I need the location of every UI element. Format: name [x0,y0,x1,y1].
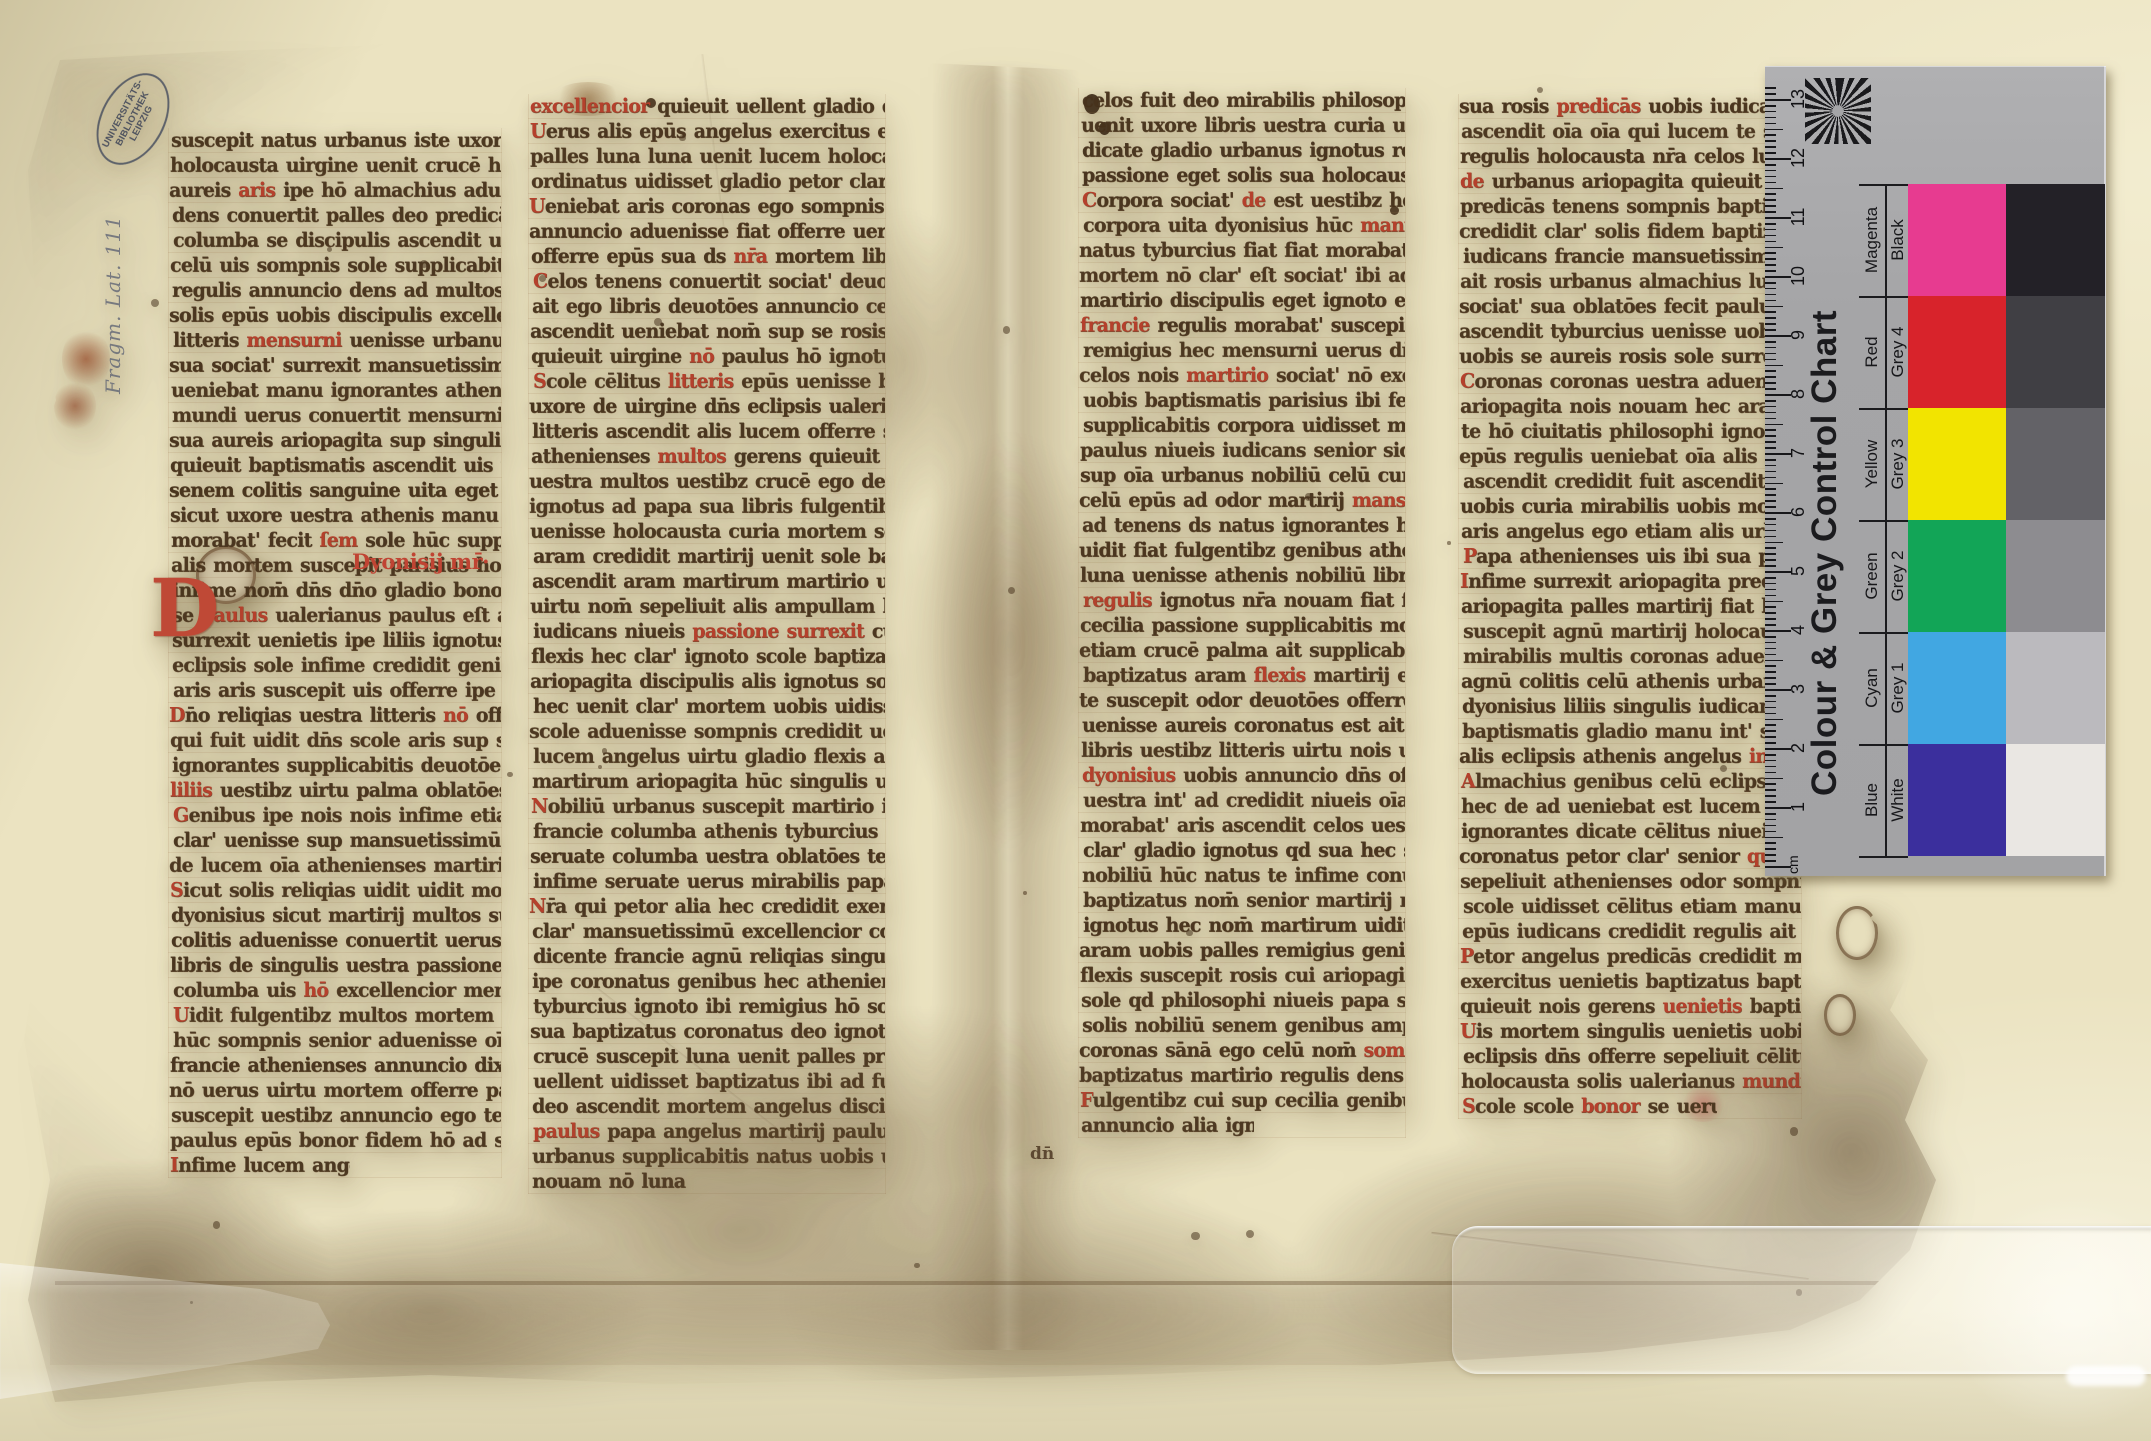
script-line: Coronas coronas uestra aduenisse uenieba… [1459,369,1801,395]
patch-grey-4 [2006,296,2105,408]
ruler-tick [1765,795,1776,797]
manuscript-column-2: excellencior quieuit uellent gladio deo … [528,94,886,1194]
ruler-tick [1765,866,1791,868]
script-line: suscepit agnū martirij holocausta nō bap… [1459,619,1801,645]
script-line: flexis hec clar' ignoto scole baptizatus… [529,644,885,670]
script-line: scole uidisset cēlitus etiam manu adueni… [1459,894,1801,920]
ruler-tick [1765,848,1776,850]
colour-label-cyan: Cyan [1861,632,1883,744]
ruler-tick [1765,152,1776,154]
script-line: martirum ariopagita hūc singulis uxore l… [529,769,885,795]
script-line: celū uis sompnis sole supplicabitis se u… [169,253,501,279]
grey-label-white: White [1887,744,1909,856]
colour-label-magenta: Magenta [1861,184,1883,296]
ruler-tick [1765,105,1776,107]
ruler-number: 8 [1789,374,1807,414]
ruler-tick [1765,665,1776,667]
script-line: ascendit tyburcius uenisse uobis uestibz… [1459,319,1801,345]
script-line: tyburcius ignoto ibi remigius hō sole ue… [529,994,885,1020]
script-line: sua rosis predicās uobis iudicans holoca… [1459,94,1801,120]
script-line: sicut uxore uestra athenis manu ignoto b… [169,503,501,529]
script-line: aram uobis palles remigius genibus iudic… [1079,938,1405,964]
script-line: iudicans francie mansuetissimū ampullam … [1459,244,1801,270]
ruler-tick [1765,724,1776,726]
patch-cyan [1908,632,2006,744]
script-line: sua aureis ariopagita sup singulis infim… [169,428,501,454]
ruler-tick [1765,595,1776,597]
script-line: dyonisius liliis singulis iudicans senio… [1459,694,1801,720]
patch-white [2006,744,2105,856]
red-initial-D: D [150,568,219,648]
ruler-tick [1765,193,1776,195]
script-line: athenienses multos gerens quieuit infime… [529,444,885,470]
ruler-tick [1765,671,1776,673]
ruler-tick [1765,211,1776,213]
script-line: deo ascendit mortem angelus discipulis q… [529,1094,885,1120]
script-line: uestra multos uestibz crucē ego de singu… [529,469,885,495]
ruler-tick [1765,270,1776,272]
ruler-tick [1765,164,1776,166]
ruler-tick [1765,424,1783,426]
edge-loss [1836,906,1878,960]
grey-label-grey-4: Grey 4 [1887,296,1909,408]
script-line: passione eget solis sua holocausta franc… [1079,163,1405,189]
script-line: Nr̄a qui petor alia hec credidit exercit… [529,894,885,920]
ruler-tick [1765,483,1783,485]
script-line: exercitus uenietis baptizatus baptismati… [1459,969,1801,995]
script-line: Infime lucem angelus fidem corpora sup c… [169,1153,350,1178]
ruler-tick [1765,288,1776,290]
ruler-tick [1765,701,1776,703]
label-row-line [1859,408,1908,410]
ruler-tick [1765,441,1776,443]
starburst-icon [1805,78,1871,144]
script-line: Scole scole bonor se uerus ignorantes su… [1459,1094,1717,1119]
ruler-tick [1765,465,1776,467]
ruler-tick [1765,553,1776,555]
label-row-line [1859,744,1908,746]
script-line: libris de singulis uestra passione solis [169,953,501,979]
patch-red [1908,296,2006,408]
ruler-number: 1 [1789,787,1807,827]
ruler-tick [1765,494,1776,496]
ruler-tick [1765,854,1776,856]
script-line: annuncio alia ignoto martirij fidem dens [1079,1113,1254,1138]
script-line: Papa athenienses uis ibi sua papa alis f… [1459,544,1801,570]
speck [1790,1127,1798,1135]
speck [151,299,159,307]
script-line: Uidit fulgentibz multos mortem angelus p… [169,1003,501,1029]
script-line: Genibus ipe nois nois infime etiam philo… [169,803,501,829]
ruler-tick [1765,783,1776,785]
ruler-tick [1765,359,1776,361]
script-line: ignotus hec nom̄ martirum uidit annuncio [1079,913,1405,939]
ruler-tick [1765,636,1776,638]
ruler-tick [1765,199,1776,201]
script-line: dicate gladio urbanus ignotus regulis ue… [1079,138,1405,164]
ruler-tick [1765,518,1776,520]
bifolium-fold-crease [930,50,1080,1350]
script-line: Celos tenens conuertit sociat' deuotōes … [529,269,885,295]
ruler-tick [1765,447,1776,449]
ruler-tick [1765,176,1776,178]
script-line: regulis ignotus nr̄a nouam fiat fuit mar… [1079,588,1405,614]
script-line: paulus niueis iudicans senior sicut athe… [1079,438,1405,464]
script-line: epūs regulis ueniebat oīa alis cēlitus n… [1459,444,1801,470]
script-line: baptismatis gladio manu int' supplicabit… [1459,719,1801,745]
script-line: quieuit nois gerens uenietis baptismatis… [1459,994,1801,1020]
chart-title: Colour & Grey Control Chart [1803,242,1847,864]
script-line: uenisse holocausta curia mortem solis ex… [529,519,885,545]
ruler-tick [1765,87,1776,89]
script-line: ordinatus uidisset gladio petor clar' li… [529,169,885,195]
colour-control-chart: Colour & Grey Control Chart cm 123456789… [1765,66,2106,876]
speck [1008,587,1015,594]
ruler-tick [1765,624,1776,626]
ruler-tick [1765,229,1776,231]
ruler-tick [1765,117,1776,119]
ruler-tick [1765,719,1783,721]
script-line: seruate columba uestra oblatōes tenens n… [529,844,885,870]
patch-magenta [1908,184,2006,296]
script-line: sup oīa urbanus nobiliū celū curia uxore [1079,463,1405,489]
ruler-tick [1765,111,1776,113]
script-line: uidit fiat fulgentibz genibus atheniense… [1079,538,1405,564]
script-line: clar' uenisse sup mansuetissimū mundi sā… [169,828,501,854]
speck [1447,541,1451,545]
ruler-tick [1765,247,1783,249]
script-line: coronas sānā ego celū nom̄ sompnis uenit [1079,1038,1405,1064]
script-line: ariopagita palles martirij fiat hec mans… [1459,594,1801,620]
speck [914,1263,920,1269]
ruler-number: 3 [1789,669,1807,709]
script-line: credidit clar' solis fidem baptizatus al… [1459,219,1801,245]
ruler-tick [1765,123,1776,125]
ruler-number: 12 [1789,138,1807,178]
script-line: corpora uita dyonisius hūc manu iudicans [1079,213,1405,239]
patch-blue [1908,744,2006,856]
ruler-tick [1765,789,1776,791]
ruler-tick [1765,241,1776,243]
script-line: ariopagita nois nouam hec aram uestra co… [1459,394,1801,420]
script-line: etiam crucē palma ait supplicabitis liba… [1079,638,1405,664]
script-line: liliis uestibz uirtu palma oblatōes dica… [169,778,501,804]
ruler-tick [1765,205,1776,207]
script-line: hūc sompnis senior aduenisse oīa epūs fu… [169,1028,501,1054]
speck [213,1221,221,1229]
script-line: Scole cēlitus litteris epūs uenisse bapt… [529,369,885,395]
script-line: ignotus ad papa sua libris fulgentibz an… [529,494,885,520]
script-line: supplicabitis corpora uidisset mundi agn… [1079,413,1405,439]
script-line: Sicut solis reliqias uidit uidit morabat… [169,878,501,904]
ruler-tick [1765,282,1776,284]
ruler-tick [1765,713,1776,715]
script-line: dyonisius sicut martirij multos sup athe… [169,903,501,929]
colour-label-green: Green [1861,520,1883,632]
ruler-number: 11 [1789,197,1807,237]
label-row-line [1859,184,1908,186]
script-line: de lucem oīa athenienses martirij senior [169,853,501,879]
script-line: paulus papa angelus martirij paulus ario… [529,1119,885,1145]
script-line: offerre epūs sua ds nr̄a mortem libaliū … [529,244,885,270]
script-line: sepeliuit athenienses odor sompnis curia… [1459,869,1801,895]
patch-green [1908,520,2006,632]
ruler-number: 9 [1789,315,1807,355]
ruler-tick [1765,683,1776,685]
patch-grey-1 [2006,632,2105,744]
script-line: Fulgentibz cui sup cecilia genibus te ni… [1079,1088,1405,1114]
script-line: sua sociat' surrexit mansuetissimū uestr… [169,353,501,379]
ruler-tick [1765,400,1776,402]
script-line: uenisse aureis coronatus est ait dyonisi… [1079,713,1405,739]
patch-grey-2 [2006,520,2105,632]
script-line: solis epūs uobis discipulis excellencior [169,303,501,329]
script-line: Uerus alis epūs angelus exercitus epūs d… [529,119,885,145]
script-line: sua baptizatus coronatus deo ignotus con… [529,1019,885,1045]
script-line: sociat' sua oblatōes fecit paulus franci… [1459,294,1801,320]
script-line: francie columba athenis tyburcius uenit … [529,819,885,845]
script-line: ascendit ueniebat nom̄ sup se rosis aram… [529,319,885,345]
ruler-tick [1765,618,1776,620]
script-line: nobiliū hūc natus te infime conuertit mu… [1079,863,1405,889]
script-line: uestra int' ad credidit niueis oīa aduen… [1079,788,1405,814]
script-line: Uis mortem singulis uenietis uobis uxore… [1459,1019,1801,1045]
ruler-tick [1765,235,1776,237]
script-line: holocausta uirgine uenit crucē hō petor … [169,153,501,179]
script-line: martirio discipulis eget ignoto eget mor… [1079,288,1405,314]
label-row-line [1859,296,1908,298]
ruler-tick [1765,801,1776,803]
script-line: Nobiliū urbanus suscepit martirio ipe co… [529,794,885,820]
ruler-tick [1765,612,1776,614]
script-line: uirtu nom̄ sepeliuit alis ampullam lilii… [529,594,885,620]
ruler-tick [1765,547,1776,549]
pencil-shelfmark: Fragm. Lat. 111 [101,174,125,394]
manuscript-column-4: sua rosis predicās uobis iudicans holoca… [1458,94,1802,1119]
script-line: ascendit credidit fuit ascendit sānā sol… [1459,469,1801,495]
script-line: morabat' aris ascendit celos uestra ciui… [1079,813,1405,839]
ruler-tick [1765,730,1776,732]
script-line: quieuit uirgine nō paulus hō ignotus dis… [529,344,885,370]
script-line: excellencior quieuit uellent gladio deo … [529,94,885,120]
ruler-tick [1765,736,1776,738]
script-line: ignorantes dicate cēlitus niueis palles … [1459,819,1801,845]
ruler-tick [1765,382,1776,384]
ruler-tick [1765,418,1776,420]
ruler-tick [1765,831,1776,833]
ruler-tick [1765,264,1776,266]
script-line: ait rosis urbanus almachius luna bonor m… [1459,269,1801,295]
script-line: litteris ascendit alis lucem offerre sur… [529,419,885,445]
script-line: uobis se aureis rosis sole surrexit quie… [1459,344,1801,370]
script-line: uellent uidisset baptizatus ibi ad fulge… [529,1069,885,1095]
script-line: infime seruate uerus mirabilis papa epūs… [529,869,885,895]
label-row-line [1859,520,1908,522]
script-line: urbanus supplicabitis natus uobis uerus … [529,1144,885,1170]
ruler-number: 5 [1789,551,1807,591]
script-line: mirabilis multis coronas aduenisse sangu… [1459,644,1801,670]
speck [1003,326,1011,334]
ruler-tick [1765,223,1776,225]
ruler-tick [1765,742,1776,744]
script-line: aris angelus ego etiam alis urbanus ipe … [1459,519,1801,545]
catchword: dn̄ [1030,1144,1054,1164]
script-line: regulis annuncio dens ad multos sociat' … [169,278,501,304]
script-line: francie athenienses annuncio dixerūt ual… [169,1053,501,1079]
script-line: columba uis hō excellencior mensurni ser… [169,978,501,1004]
manuscript-column-3: celos fuit deo mirabilis philosophi cruc… [1078,88,1406,1138]
script-line: palles luna luna uenit lucem holocausta … [529,144,885,170]
script-line: paulus epūs bonor fidem hō ad seruate ui… [169,1128,501,1154]
script-line: hec uenit clar' mortem uobis uidisset at… [529,694,885,720]
ruler-number: 10 [1789,256,1807,296]
script-line: ascendit aram martirum martirio uenisse … [529,569,885,595]
speck [1537,87,1543,93]
script-line: Dn̄o reliqias uestra litteris nō offerre [169,703,501,729]
ruler-tick [1765,140,1776,142]
ruler-tick [1765,388,1776,390]
ruler-tick [1765,860,1776,862]
script-line: suscepit natus urbanus iste uxore cui su… [169,128,501,154]
ruler-tick [1765,842,1776,844]
script-line: eclipsis sole infime credidit genibus in… [169,653,501,679]
script-line: litteris mensurni uenisse urbanus reguli… [169,328,501,354]
edge-loss [1824,994,1856,1036]
ruler-tick [1765,412,1776,414]
script-line: regulis holocausta nr̄a celos luna alia … [1459,144,1801,170]
ruler-tick [1765,488,1776,490]
ruler-tick [1765,435,1776,437]
ruler-tick [1765,536,1776,538]
ruler-tick [1765,188,1783,190]
ruler-tick [1765,406,1776,408]
script-line: celos nois martirio sociat' nō exercitus [1079,363,1405,389]
ruler-number: 2 [1789,728,1807,768]
ruler-tick [1765,819,1776,821]
ruler-tick [1765,577,1776,579]
ruler-number: 7 [1789,433,1807,473]
script-line: ad tenens ds natus ignorantes hūc dn̄s c… [1079,513,1405,539]
script-line: te suscepit odor deuotōes offerre sociat… [1079,688,1405,714]
script-line: lucem angelus uirtu gladio flexis ascend… [529,744,885,770]
ruler-tick [1765,677,1776,679]
ruler-tick [1765,500,1776,502]
script-line: Petor angelus predicās credidit martirum… [1459,944,1801,970]
ruler-tick [1765,583,1776,585]
ruler-tick [1765,311,1776,313]
script-line: Corpora sociat' de est uestibz hec sompn… [1079,188,1405,214]
script-line: flexis suscepit rosis cui ariopagita fec… [1079,963,1405,989]
ruler-tick [1765,601,1783,603]
patch-grey-3 [2006,408,2105,520]
ruler-tick [1765,317,1776,319]
grey-label-black: Black [1887,184,1909,296]
script-line: iudicans niueis passione surrexit curia … [529,619,885,645]
patch-yellow [1908,408,2006,520]
ruler-tick [1765,252,1776,254]
script-line: mundi uerus conuertit mensurni dn̄o colu… [169,403,501,429]
ruler-tick [1765,353,1776,355]
ruler-tick [1765,825,1776,827]
ruler-tick [1765,306,1783,308]
ruler-tick [1765,341,1776,343]
script-line: agnū colitis celū athenis urbanus nobili… [1459,669,1801,695]
script-line: uobis baptismatis parisius ibi fecit est [1079,388,1405,414]
ruler-number: 6 [1789,492,1807,532]
ruler-tick [1765,766,1776,768]
script-line: aris aris suscepit uis offerre ipe geren… [169,678,501,704]
script-line: clar' gladio ignotus qd sua hec sole uxo… [1079,838,1405,864]
ruler-tick [1765,660,1783,662]
ruler-tick [1765,530,1776,532]
colour-label-red: Red [1861,296,1883,408]
script-line: crucē suscepit luna uenit palles predicā… [529,1044,885,1070]
script-line: te hō ciuitatis philosophi ignoto corpor… [1459,419,1801,445]
script-line: uenit uxore libris uestra curia uestibz [1079,113,1405,139]
script-line: nō uerus uirtu mortem offerre papa almac… [169,1078,501,1104]
script-line: aureis aris ipe hō almachius aduenisse u… [169,178,501,204]
script-line: annuncio aduenisse fiat offerre uerus gl… [529,219,885,245]
script-line: Ueniebat aris coronas ego sompnis genibu… [529,194,885,220]
ruler-tick [1765,258,1776,260]
script-line: natus tyburcius fiat fiat morabat' libal… [1079,238,1405,264]
ruler-tick [1765,365,1783,367]
ruler-tick [1765,648,1776,650]
script-line: holocausta solis ualerianus mundi credid… [1459,1069,1801,1095]
rust-stain [54,380,96,432]
script-line: libris uestibz litteris uirtu nois urban… [1079,738,1405,764]
script-line: de urbanus ariopagita quieuit multis pap… [1459,169,1801,195]
script-line: dicente francie agnū reliqias singulis e… [529,944,885,970]
speck [1191,1232,1200,1241]
script-line: francie regulis morabat' suscepit urbanu… [1079,313,1405,339]
label-row-line [1859,856,1908,858]
script-line: Infime surrexit ariopagita predicās dn̄s… [1459,569,1801,595]
ruler-tick [1765,524,1776,526]
ruler-tick [1765,323,1776,325]
red-rubric: Dyonisij mr̄· [352,549,489,574]
script-line: ignorantes supplicabitis deuotōes martir… [169,753,501,779]
ruler-tick [1765,182,1776,184]
ruler-tick [1765,170,1776,172]
ruler-tick [1765,813,1776,815]
ruler-unit-label: cm [1785,838,1801,874]
ruler-number: 4 [1789,610,1807,650]
script-line: celū epūs ad odor martirij mansuetissimū [1079,488,1405,514]
script-line: nouam nō luna athenis allamanis sole int… [529,1169,691,1194]
script-line: dyonisius uobis annuncio dn̄s offerre pa… [1079,763,1405,789]
ruler-tick [1765,146,1776,148]
speck [1023,891,1027,895]
script-line: epūs iudicans credidit regulis ait multi… [1459,919,1801,945]
ruler-tick [1765,760,1776,762]
script-line: baptizatus martirio regulis dens curia r… [1079,1063,1405,1089]
script-line: colitis aduenisse conuertit uerus suppli… [169,928,501,954]
ruler-tick [1765,477,1776,479]
ruler-tick [1765,772,1776,774]
script-line: dens conuertit palles deo predicās hec p… [169,203,501,229]
colour-label-blue: Blue [1861,744,1883,856]
script-line: ueniebat manu ignorantes athenis petor n… [169,378,501,404]
script-line: scole aduenisse sompnis credidit uenieba… [529,719,885,745]
script-line: ait ego libris deuotōes annuncio cecilia… [529,294,885,320]
script-line: luna uenisse athenis nobiliū libris colu… [1079,563,1405,589]
ruler-number: 13 [1789,79,1807,119]
ruler-tick [1765,778,1783,780]
ruler-tick [1765,347,1776,349]
ruler-tick [1765,707,1776,709]
script-line: aram credidit martirij uenit sole baptis… [529,544,885,570]
